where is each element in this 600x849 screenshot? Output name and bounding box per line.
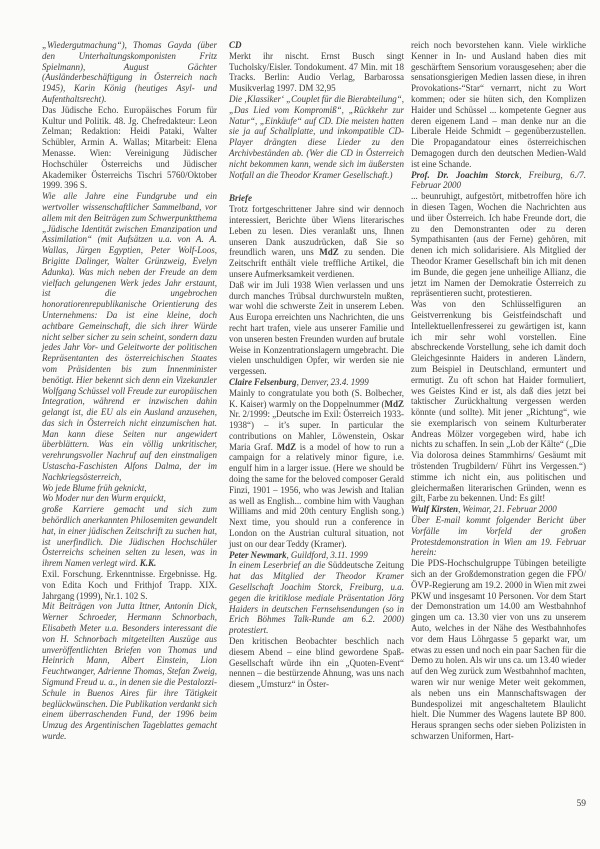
signature-place-date: , Weimar, 21. Februar 2000 [458, 504, 557, 514]
letter-signature-kirsten: Wulf Kirsten, Weimar, 21. Februar 2000 [411, 504, 586, 515]
email-report-paragraph: Die PDS-Hochschulgruppe Tübingen beteili… [411, 558, 586, 742]
bib-entry-juedisches-echo: Das Jüdische Echo. Europäisches Forum fü… [42, 105, 217, 191]
poem-line-1: Wo jede Blume früh geknickt, [42, 483, 217, 494]
review-exil-forschung: Mit Beiträgen von Jutta Ittner, Antonín … [42, 601, 217, 741]
signature-name: Prof. Dr. Joachim Storck [411, 170, 519, 180]
journal-abbreviation: MdZ [277, 442, 297, 452]
bib-entry-cd: Merkt ihr nischt. Ernst Busch singt Tuch… [229, 51, 404, 94]
column-left: „Wiedergutmachung“), Thomas Gayda (über … [42, 40, 217, 742]
journal-abbreviation: MdZ [384, 399, 404, 409]
signature-place-date: , Guildford, 3.11. 1999 [287, 550, 368, 560]
reviewer-initials: K.K. [140, 558, 157, 568]
letter-storck-paragraph-1: Den kritischen Beobachter beschlich nach… [229, 636, 404, 690]
section-heading-cd: CD [229, 40, 404, 51]
letter-text: is a model of how to run a campaign for … [229, 442, 404, 549]
column-right: reich noch bevorstehen kann. Viele wirkl… [411, 40, 586, 742]
letter-felsenburg-paragraph-2: Daß wir im Juli 1938 Wien verlassen und … [229, 280, 404, 377]
bib-entry-exil-forschung: Exil. Forschung. Erkenntnisse. Ergebniss… [42, 569, 217, 601]
editorial-note-storck: In einem Leserbrief an die Süddeutsche Z… [229, 560, 404, 636]
letter-newmark-paragraph: Mainly to congratulate you both (S. Bolb… [229, 388, 404, 550]
review-juedisches-echo-part1: Wie alle Jahre eine Fundgrube und ein we… [42, 191, 217, 483]
letter-signature-newmark: Peter Newmark, Guildford, 3.11. 1999 [229, 550, 404, 561]
letter-kirsten-paragraph-2: Was von den Schlüsselfiguren an Geistver… [411, 299, 586, 504]
page-number: 59 [411, 799, 586, 810]
review-text: große Karriere gemacht und sich zum behö… [42, 504, 217, 568]
newspaper-name: Süddeutsche Zeitung [328, 560, 404, 570]
review-juedisches-echo-part2: große Karriere gemacht und sich zum behö… [42, 504, 217, 569]
note-text: hat das Mitglied der Theodor Kramer Gese… [229, 571, 404, 635]
letter-signature-felsenburg: Claire Felsenburg, Denver, 23.4. 1999 [229, 377, 404, 388]
letter-felsenburg-paragraph-1: Trotz fortgeschrittener Jahre sind wir d… [229, 204, 404, 280]
poem-line-2: Wo Moder nur den Wurm erquickt, [42, 493, 217, 504]
note-text: In einem Leserbrief an die [229, 560, 328, 570]
letter-text: Mainly to congratulate you both (S. Bolb… [229, 388, 404, 409]
letter-storck-paragraph-2: reich noch bevorstehen kann. Viele wirkl… [411, 40, 586, 170]
journal-page: „Wiedergutmachung“), Thomas Gayda (über … [0, 0, 600, 849]
column-middle: CD Merkt ihr nischt. Ernst Busch singt T… [229, 40, 404, 690]
signature-name: Peter Newmark [229, 550, 287, 560]
letter-signature-storck: Prof. Dr. Joachim Storck, Freiburg, 6./7… [411, 170, 586, 192]
editorial-note-email: Über E-mail kommt folgender Bericht über… [411, 515, 586, 558]
review-continuation: „Wiedergutmachung“), Thomas Gayda (über … [42, 40, 217, 105]
letter-kirsten-paragraph-1: ... beunruhigt, aufgestört, mitbetroffen… [411, 191, 586, 299]
signature-name: Claire Felsenburg [229, 377, 297, 387]
signature-place-date: , Denver, 23.4. 1999 [297, 377, 369, 387]
journal-abbreviation: MdZ [319, 247, 339, 257]
review-cd: Die ‚Klassiker‘ „Couplet für die Bierabt… [229, 94, 404, 180]
signature-name: Wulf Kirsten [411, 504, 458, 514]
section-heading-briefe: Briefe [229, 193, 404, 204]
